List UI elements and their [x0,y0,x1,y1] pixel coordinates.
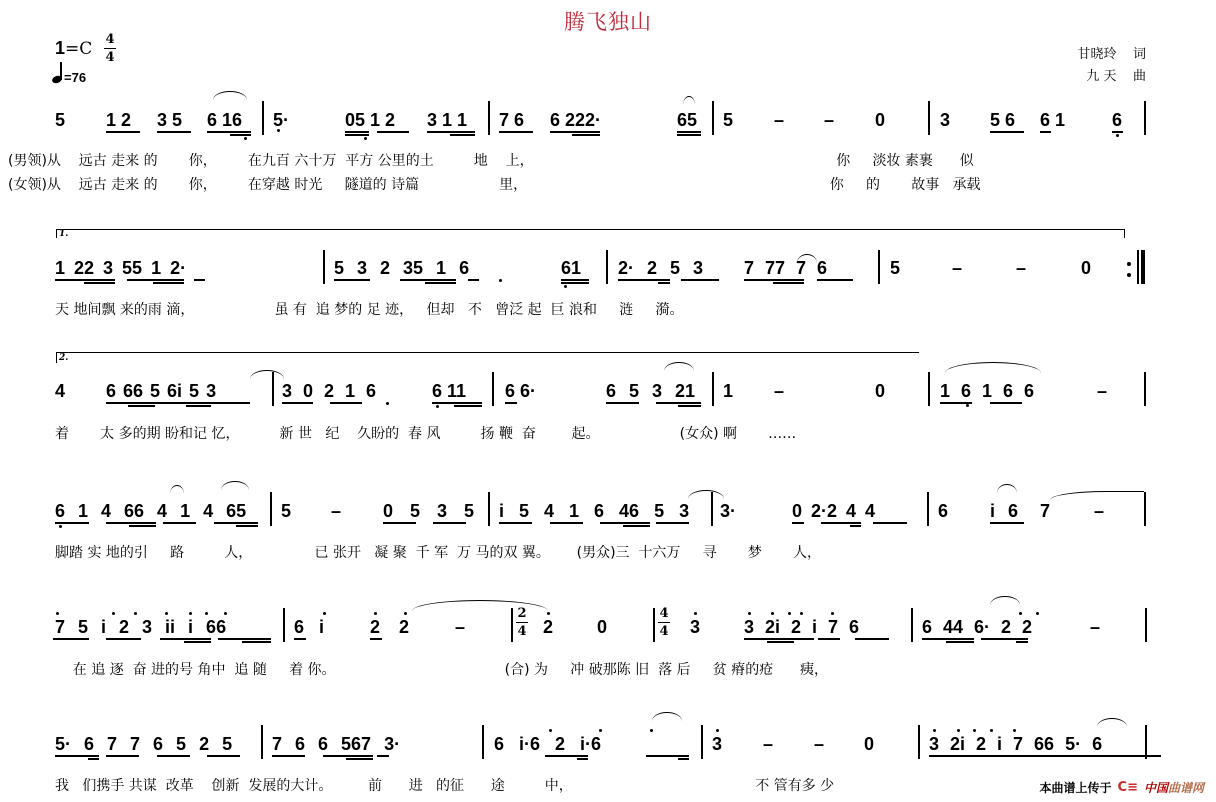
barline [606,250,608,284]
note-dash: – [774,110,784,130]
barline [928,101,930,135]
barline [488,101,490,135]
time-signature: 4 4 [104,33,116,64]
note-group: 05 1 2 [345,110,395,130]
note-group: 7 6 [499,110,524,130]
barline [918,725,920,759]
note-group: 6 6· [505,381,536,401]
composer-credit: 九 天 曲 [1077,66,1146,88]
lyricist-credit: 甘晓玲 词 [1077,44,1146,66]
note-group: 1 2 [106,110,131,130]
note-group: 2 [543,617,553,637]
note-dash: – [1097,381,1107,401]
barline [272,372,274,406]
key-signature: 1=C [55,38,92,59]
note-group: 3 5 [157,110,182,130]
note-dash: – [1090,617,1100,637]
lyric-line: 脚踏 实 地的引 路 人， 已 张开 凝 聚 千 军 万 马的双 翼。 (男众)… [55,542,821,562]
note-group: 6 222· [550,110,601,130]
lyric-line: 天 地间飘 来的雨 滴， 虽 有 追 梦的 足 迹， 但却 不 曾泛 起 巨 浪… [55,299,684,319]
site-logo-icon: C≡ [1118,780,1138,795]
barline [492,372,494,406]
note-group: 61 [561,258,581,278]
note-group: 6 5 3 21 [606,381,695,401]
note-dash: – [763,734,773,754]
note-dash: – [455,617,465,637]
lyric-line-male-lead: (男领)从 远古 走来 的 你， 在九百 六十万 平方 公里的土 地 上， 你 … [8,150,974,170]
barline [711,492,713,526]
note-group: 3· [720,501,736,521]
note-dash: – [824,110,834,130]
note-group: 6 16 [207,110,242,130]
barline [283,608,285,642]
barline [701,725,703,759]
note-group: 1 22 3 55 1 2· [55,258,186,278]
note-group: 5 [281,501,291,521]
key-equals: =C [65,39,92,59]
volta-label-2: 2. [59,353,68,363]
barline [482,725,484,759]
note-group: 3 0 2 1 6 [282,381,376,401]
note-group: 65 [677,110,697,130]
repeat-end-thick-barline [1141,250,1145,284]
note-group: 2· 2 5 3 [618,258,703,278]
barline [1145,725,1147,759]
barline [928,372,930,406]
note-group: 5 [723,110,733,130]
note-group: 6 [938,501,948,521]
note-rest: 0 [875,110,885,130]
tempo-value: =76 [64,70,86,85]
barline [270,492,272,526]
note-group: 1 [723,381,733,401]
barline [653,608,655,642]
note-group: 6 i·6 2 i·6 [494,734,601,754]
volta-label-1: 1. [59,229,68,239]
note-group: i 5 4 1 6 46 5 3 [499,501,689,521]
note-dash: – [814,734,824,754]
note-group: 6 [1112,110,1122,130]
time-signature-change-4-4: 44 [658,607,670,638]
note-group: 5 [890,258,900,278]
volta-bracket-1 [56,229,1125,238]
barline [488,492,490,526]
repeat-dot [1127,273,1131,277]
volta-bracket-2 [56,352,919,363]
lyric-line: 在 追 逐 奋 进的号 角中 追 随 着 你。 (合) 为 冲 破那陈 旧 落 … [55,659,828,679]
note-group: 6 1 4 66 4 1 4 65 [55,501,246,521]
note-group: 6 11 [432,381,466,401]
repeat-dot [1127,262,1131,266]
note-group: 7 5 i 2 3 ii i 66 [55,617,226,637]
barline [911,608,913,642]
lyric-line: 我 们携手 共谋 改革 创新 发展的大计。 前 进 的征 途 中， 不 管有多 … [55,775,834,795]
note-dash: – [1016,258,1026,278]
time-signature-divider [104,48,116,49]
barline [927,492,929,526]
note-group: 4 [55,381,65,401]
note-group: 3 [690,617,700,637]
note-rest: 0 [864,734,874,754]
quarter-note-icon [52,62,62,84]
note-group: 3 1 1 [427,110,467,130]
note-group: 6 1 [1040,110,1065,130]
note-group: 5 6 [990,110,1015,130]
note-group: i 6 [990,501,1018,521]
barline [511,608,513,642]
note-group: 7 6 6 567 3· [272,734,400,754]
barline [1145,608,1147,642]
note-group: 3 [940,110,950,130]
watermark-site-a: 中国 [1144,779,1168,796]
watermark-site-b: 曲谱网 [1168,779,1204,796]
note-group: 7 [1040,501,1050,521]
note-group: 3 2i 2 i 7 66 5· 6 [929,734,1102,754]
barline [1144,372,1146,406]
note-dash: – [952,258,962,278]
lyric-line: 着 太 多的期 盼和记 忆， 新 世 纪 久盼的 春 风 扬 鞭 奋 起。 (女… [55,423,796,443]
note-rest: 0 [1081,258,1091,278]
lyric-line-female-lead: (女领)从 远古 走来 的 你， 在穿越 时光 隧道的 诗篇 里， 你 的 故事… [8,174,981,194]
note-group: 6 66 5 6i 5 3 [106,381,216,401]
note-dash: – [331,501,341,521]
note-group: 1 6 1 6 6 [940,381,1034,401]
note-group: 5 [55,110,65,130]
barline [1144,492,1146,526]
note-group: 6 i [294,617,324,637]
barline [261,725,263,759]
note-group: 3 [712,734,722,754]
note-group: 0 2·2 4 4 [792,501,875,521]
note-group: 5 3 2 35 1 6 [334,258,469,278]
note-dash: – [774,381,784,401]
note-group: 3 2i 2 i 7 6 [744,617,859,637]
barline [712,101,714,135]
barline [712,372,714,406]
time-signature-change-2-4: 24 [516,607,528,638]
repeat-end-barline [1137,250,1139,284]
note-group: 2 2 [370,617,409,637]
key-tonic: 1 [55,38,65,58]
score-title: 腾飞独山 [0,6,1216,36]
note-rest: 0 [597,617,607,637]
barline [323,250,325,284]
watermark: 本曲谱上传于 C≡ 中国曲谱网 [1040,779,1204,796]
note-dash: – [1094,501,1104,521]
tempo-marking: =76 [52,62,112,86]
barline [1144,101,1146,135]
credits: 甘晓玲 词 九 天 曲 [1077,44,1146,88]
note-group: 5· 6 7 7 6 5 2 5 [55,734,232,754]
time-signature-top: 4 [105,32,114,47]
barline [878,250,880,284]
note-group: 6 44 6· 2 2 [922,617,1032,637]
watermark-prefix: 本曲谱上传于 [1040,779,1112,796]
barline [262,101,264,135]
note-group: 5· [273,110,289,130]
note-group: 0 5 3 5 [383,501,474,521]
note-rest: 0 [875,381,885,401]
